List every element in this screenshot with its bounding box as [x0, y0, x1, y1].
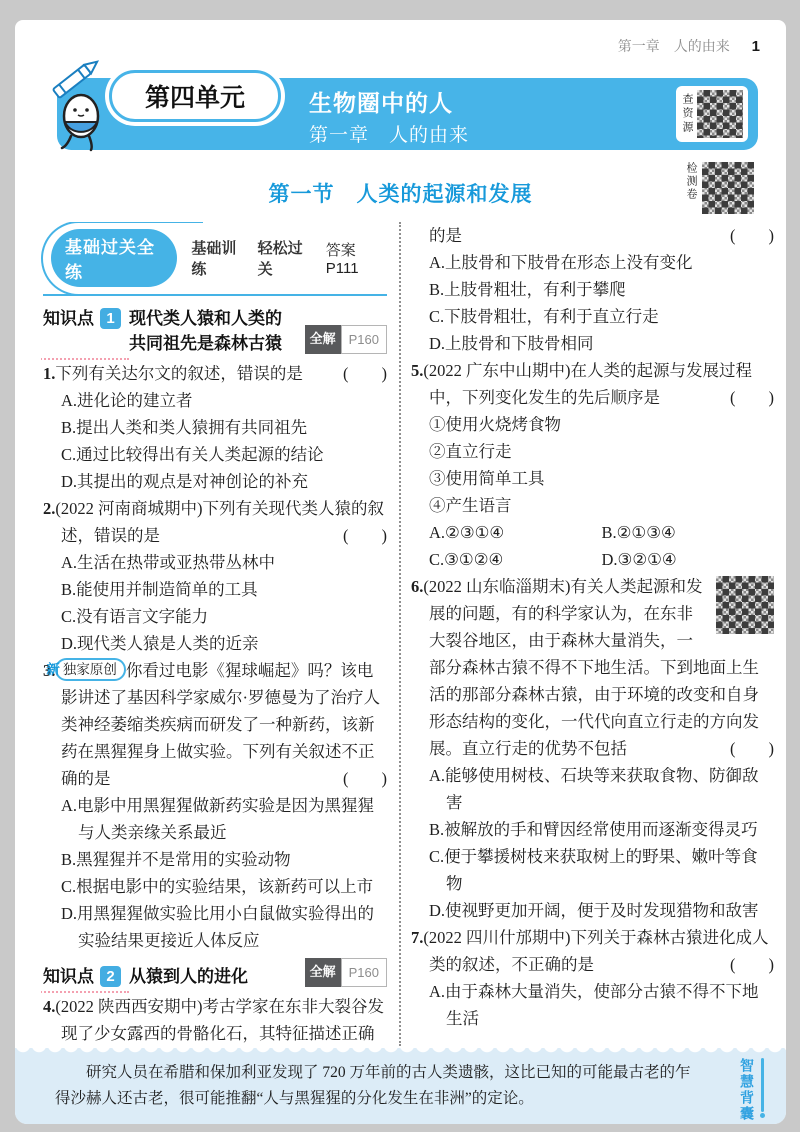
badge-new-char: 新: [46, 662, 60, 677]
q6-answer-bracket: ( ): [748, 735, 774, 762]
question-1: 1.下列有关达尔文的叙述，错误的是( ) A.进化论的建立者 B.提出人类和类人…: [43, 360, 387, 495]
q2-stem: 2.(2022 河南商城期中)下列有关现代类人猿的叙述，错误的是( ): [43, 495, 387, 549]
q1-option-a: A.进化论的建立者: [61, 387, 387, 414]
q5-source: (2022 广东中山期中): [423, 361, 570, 380]
q3-option-d: D.用黑猩猩做实验比用小白鼠做实验得出的实验结果更接近人体反应: [61, 900, 387, 954]
question-4-continued: 的是( ) A.上肢骨和下肢骨在形态上没有变化 B.上肢骨粗壮，有利于攀爬 C.…: [411, 222, 774, 357]
kp1-title: 现代类人猿和人类的共同祖先是森林古猿: [129, 306, 295, 356]
practice-bar: 基础过关全练 基础训练 轻松过关 答案P111: [43, 224, 387, 296]
kp2-reference: 全解 P160: [305, 958, 387, 987]
q1-option-c: C.通过比较得出有关人类起源的结论: [61, 441, 387, 468]
kp2-title: 从猿到人的进化: [129, 964, 248, 989]
practice-tags: 基础训练 轻松过关: [191, 237, 311, 279]
banner-subtitle: 第一章 人的由来: [309, 120, 469, 147]
unit-banner: 第四单元 生物圈中的人 第一章 人的由来 查资源: [57, 78, 758, 150]
q4-answer-bracket: ( ): [730, 222, 774, 249]
left-column: 基础过关全练 基础训练 轻松过关 答案P111 知识点 1 现代类人猿和人类的共…: [41, 222, 399, 1046]
resource-qr-label: 查资源: [679, 93, 695, 135]
q4-number: 4.: [43, 997, 55, 1016]
q2-option-c: C.没有语言文字能力: [61, 603, 387, 630]
kp1-ref-label: 全解: [305, 325, 341, 354]
running-head: 第一章 人的由来 1: [15, 20, 786, 56]
q3-option-a: A.电影中用黑猩猩做新药实验是因为黑猩猩与人类亲缘关系最近: [61, 792, 387, 846]
q1-stem: 1.下列有关达尔文的叙述，错误的是( ): [43, 360, 387, 387]
q6-source: (2022 山东临淄期末): [423, 577, 570, 596]
q4-stem: 4.(2022 陕西西安期中)考古学家在东非大裂谷发现了少女露西的骨骼化石，其特…: [43, 993, 387, 1046]
q5-choice-d: D.③②①④: [602, 546, 775, 573]
kp1-reference: 全解 P160: [305, 325, 387, 354]
kp2-ref-label: 全解: [305, 958, 341, 987]
q7-option-a: A.由于森林大量消失，使部分古猿不得不下地生活: [429, 978, 774, 1032]
q1-text: 下列有关达尔文的叙述，错误的是: [55, 364, 303, 383]
footer-side-line: [761, 1058, 764, 1112]
q5-item-1: ①使用火烧烤食物: [429, 411, 774, 438]
q4-option-d: D.上肢骨和下肢骨相同: [429, 330, 774, 357]
q3-stem: 3.新独家原创你看过电影《猩球崛起》吗？该电影讲述了基因科学家威尔·罗德曼为了治…: [43, 657, 387, 792]
q7-answer-bracket: ( ): [748, 951, 774, 978]
q4-cont-text: 的是: [429, 226, 462, 245]
kp2-number: 2: [100, 966, 121, 987]
banner-titles: 生物圈中的人 第一章 人的由来: [309, 85, 469, 147]
practice-badge: 基础过关全练: [51, 229, 177, 287]
q5-number: 5.: [411, 361, 423, 380]
section-title: 第一节 人类的起源和发展: [269, 183, 533, 206]
q3-option-c: C.根据电影中的实验结果，该新药可以上市: [61, 873, 387, 900]
footer-side-label: 智慧背囊: [737, 1058, 757, 1122]
unit-pill: 第四单元: [109, 70, 281, 122]
q2-option-b: B.能使用并制造简单的工具: [61, 576, 387, 603]
knowledge-point-1: 知识点 1 现代类人猿和人类的共同祖先是森林古猿 全解 P160: [43, 306, 387, 356]
question-5: 5.(2022 广东中山期中)在人类的起源与发展过程中，下列变化发生的先后顺序是…: [411, 357, 774, 573]
question-6: 6.(2022 山东临淄期末)有关人类起源和发展的问题，有的科学家认为，在东非大…: [411, 573, 774, 924]
q4-option-c: C.下肢骨粗壮，有利于直立行走: [429, 303, 774, 330]
resource-qr-box: 查资源: [676, 86, 748, 142]
workbook-page: 第一章 人的由来 1 第四单元 生物圈中的人 第一章 人的由来 查资源: [15, 20, 786, 1124]
q6-option-c: C.便于攀援树枝来获取树上的野果、嫩叶等食物: [429, 843, 774, 897]
question-4: 4.(2022 陕西西安期中)考古学家在东非大裂谷发现了少女露西的骨骼化石，其特…: [43, 993, 387, 1046]
q7-source: (2022 四川什邡期中): [423, 928, 570, 947]
q1-answer-bracket: ( ): [361, 360, 387, 387]
q5-choice-c: C.③①②④: [429, 546, 602, 573]
q4-option-b: B.上肢骨粗壮，有利于攀爬: [429, 276, 774, 303]
q6-qr-code: [716, 576, 774, 634]
kp2-ref-page: P160: [341, 958, 387, 987]
q5-stem: 5.(2022 广东中山期中)在人类的起源与发展过程中，下列变化发生的先后顺序是…: [411, 357, 774, 411]
q6-number: 6.: [411, 577, 423, 596]
q6-stem: 6.(2022 山东临淄期末)有关人类起源和发展的问题，有的科学家认为，在东非大…: [411, 573, 774, 762]
banner-title: 生物圈中的人: [309, 85, 469, 118]
q2-option-a: A.生活在热带或亚热带丛林中: [61, 549, 387, 576]
practice-tag-1: 基础训练: [191, 237, 245, 279]
q4-source: (2022 陕西西安期中): [55, 997, 202, 1016]
q4-continuation: 的是( ): [411, 222, 774, 249]
new-original-badge: 新独家原创: [55, 658, 126, 681]
q5-answer-bracket: ( ): [748, 384, 774, 411]
q6-text: 有关人类起源和发展的问题，有的科学家认为，在东非大裂谷地区，由于森林大量消失，一…: [429, 577, 759, 758]
q1-number: 1.: [43, 364, 55, 383]
section-row: 第一节 人类的起源和发展 检测卷: [15, 178, 786, 212]
footer-side-tag: 智慧背囊: [737, 1058, 764, 1122]
q4-option-a: A.上肢骨和下肢骨在形态上没有变化: [429, 249, 774, 276]
q2-number: 2.: [43, 499, 55, 518]
q5-choices-row-1: A.②③①④ B.②①③④: [429, 519, 774, 546]
kp2-label: 知识点: [43, 964, 94, 989]
question-2: 2.(2022 河南商城期中)下列有关现代类人猿的叙述，错误的是( ) A.生活…: [43, 495, 387, 657]
q1-option-d: D.其提出的观点是对神创论的补充: [61, 468, 387, 495]
q5-item-2: ②直立行走: [429, 438, 774, 465]
knowledge-footer: 研究人员在希腊和保加利亚发现了 720 万年前的古人类遗骸，这比已知的可能最古老…: [15, 1048, 786, 1124]
q7-number: 7.: [411, 928, 423, 947]
q5-choice-a: A.②③①④: [429, 519, 602, 546]
question-7: 7.(2022 四川什邡期中)下列关于森林古猿进化成人类的叙述，不正确的是( )…: [411, 924, 774, 1032]
answer-reference: 答案P111: [326, 239, 387, 277]
kp1-label: 知识点: [43, 306, 94, 331]
footer-text: 研究人员在希腊和保加利亚发现了 720 万年前的古人类遗骸，这比已知的可能最古老…: [55, 1060, 700, 1112]
right-column: 的是( ) A.上肢骨和下肢骨在形态上没有变化 B.上肢骨粗壮，有利于攀爬 C.…: [399, 222, 774, 1046]
q3-answer-bracket: ( ): [361, 765, 387, 792]
q6-option-a: A.能够使用树枝、石块等来获取食物、防御敌害: [429, 762, 774, 816]
kp1-ref-page: P160: [341, 325, 387, 354]
exercise-content: 基础过关全练 基础训练 轻松过关 答案P111 知识点 1 现代类人猿和人类的共…: [41, 222, 774, 1046]
knowledge-point-2: 知识点 2 从猿到人的进化 全解 P160: [43, 964, 387, 989]
q6-option-b: B.被解放的手和臂因经常使用而逐渐变得灵巧: [429, 816, 774, 843]
test-qr-label: 检测卷: [683, 162, 699, 201]
chapter-header: 第一章 人的由来: [618, 38, 730, 54]
q2-answer-bracket: ( ): [361, 522, 387, 549]
q3-option-b: B.黑猩猩并不是常用的实验动物: [61, 846, 387, 873]
badge-new-text: 独家原创: [63, 662, 117, 677]
practice-tag-2: 轻松过关: [258, 237, 312, 279]
q5-item-3: ③使用简单工具: [429, 465, 774, 492]
q2-source: (2022 河南商城期中): [55, 499, 202, 518]
resource-qr-code: [697, 90, 743, 138]
question-3: 3.新独家原创你看过电影《猩球崛起》吗？该电影讲述了基因科学家威尔·罗德曼为了治…: [43, 657, 387, 954]
q2-option-d: D.现代类人猿是人类的近亲: [61, 630, 387, 657]
test-qr-box: 检测卷: [683, 162, 754, 214]
kp1-number: 1: [100, 308, 121, 329]
q5-choice-b: B.②①③④: [602, 519, 775, 546]
test-qr-code: [702, 162, 754, 214]
q7-stem: 7.(2022 四川什邡期中)下列关于森林古猿进化成人类的叙述，不正确的是( ): [411, 924, 774, 978]
page-number: 1: [752, 38, 760, 55]
q5-choices-row-2: C.③①②④ D.③②①④: [429, 546, 774, 573]
q5-item-4: ④产生语言: [429, 492, 774, 519]
q1-option-b: B.提出人类和类人猿拥有共同祖先: [61, 414, 387, 441]
q6-option-d: D.使视野更加开阔，便于及时发现猎物和敌害: [429, 897, 774, 924]
